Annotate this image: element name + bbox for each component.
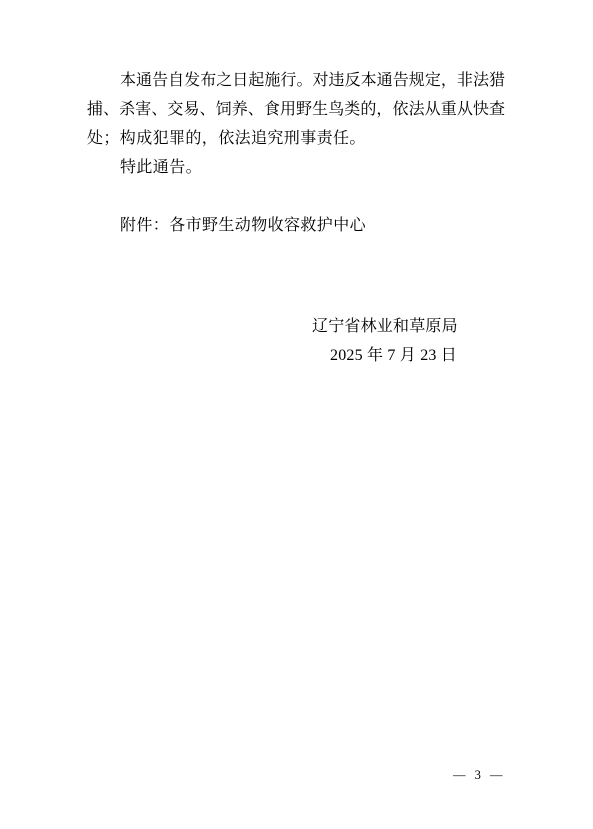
closing-line: 特此通告。 — [87, 153, 505, 182]
signature-organization: 辽宁省林业和草原局 — [312, 312, 458, 341]
paragraph-line-3: 处；构成犯罪的，依法追究刑事责任。 — [87, 124, 505, 153]
page-number: — 3 — — [453, 768, 504, 782]
body-paragraph: 本通告自发布之日起施行。对违反本通告规定，非法猎 捕、杀害、交易、饲养、食用野生… — [87, 66, 505, 182]
paragraph-line-2: 捕、杀害、交易、饲养、食用野生鸟类的，依法从重从快查 — [87, 95, 505, 124]
signature-date: 2025 年 7 月 23 日 — [330, 341, 457, 370]
attachment-line: 附件：各市野生动物收容救护中心 — [120, 211, 366, 240]
document-page: 本通告自发布之日起施行。对违反本通告规定，非法猎 捕、杀害、交易、饲养、食用野生… — [0, 0, 593, 829]
paragraph-line-1: 本通告自发布之日起施行。对违反本通告规定，非法猎 — [87, 66, 505, 95]
